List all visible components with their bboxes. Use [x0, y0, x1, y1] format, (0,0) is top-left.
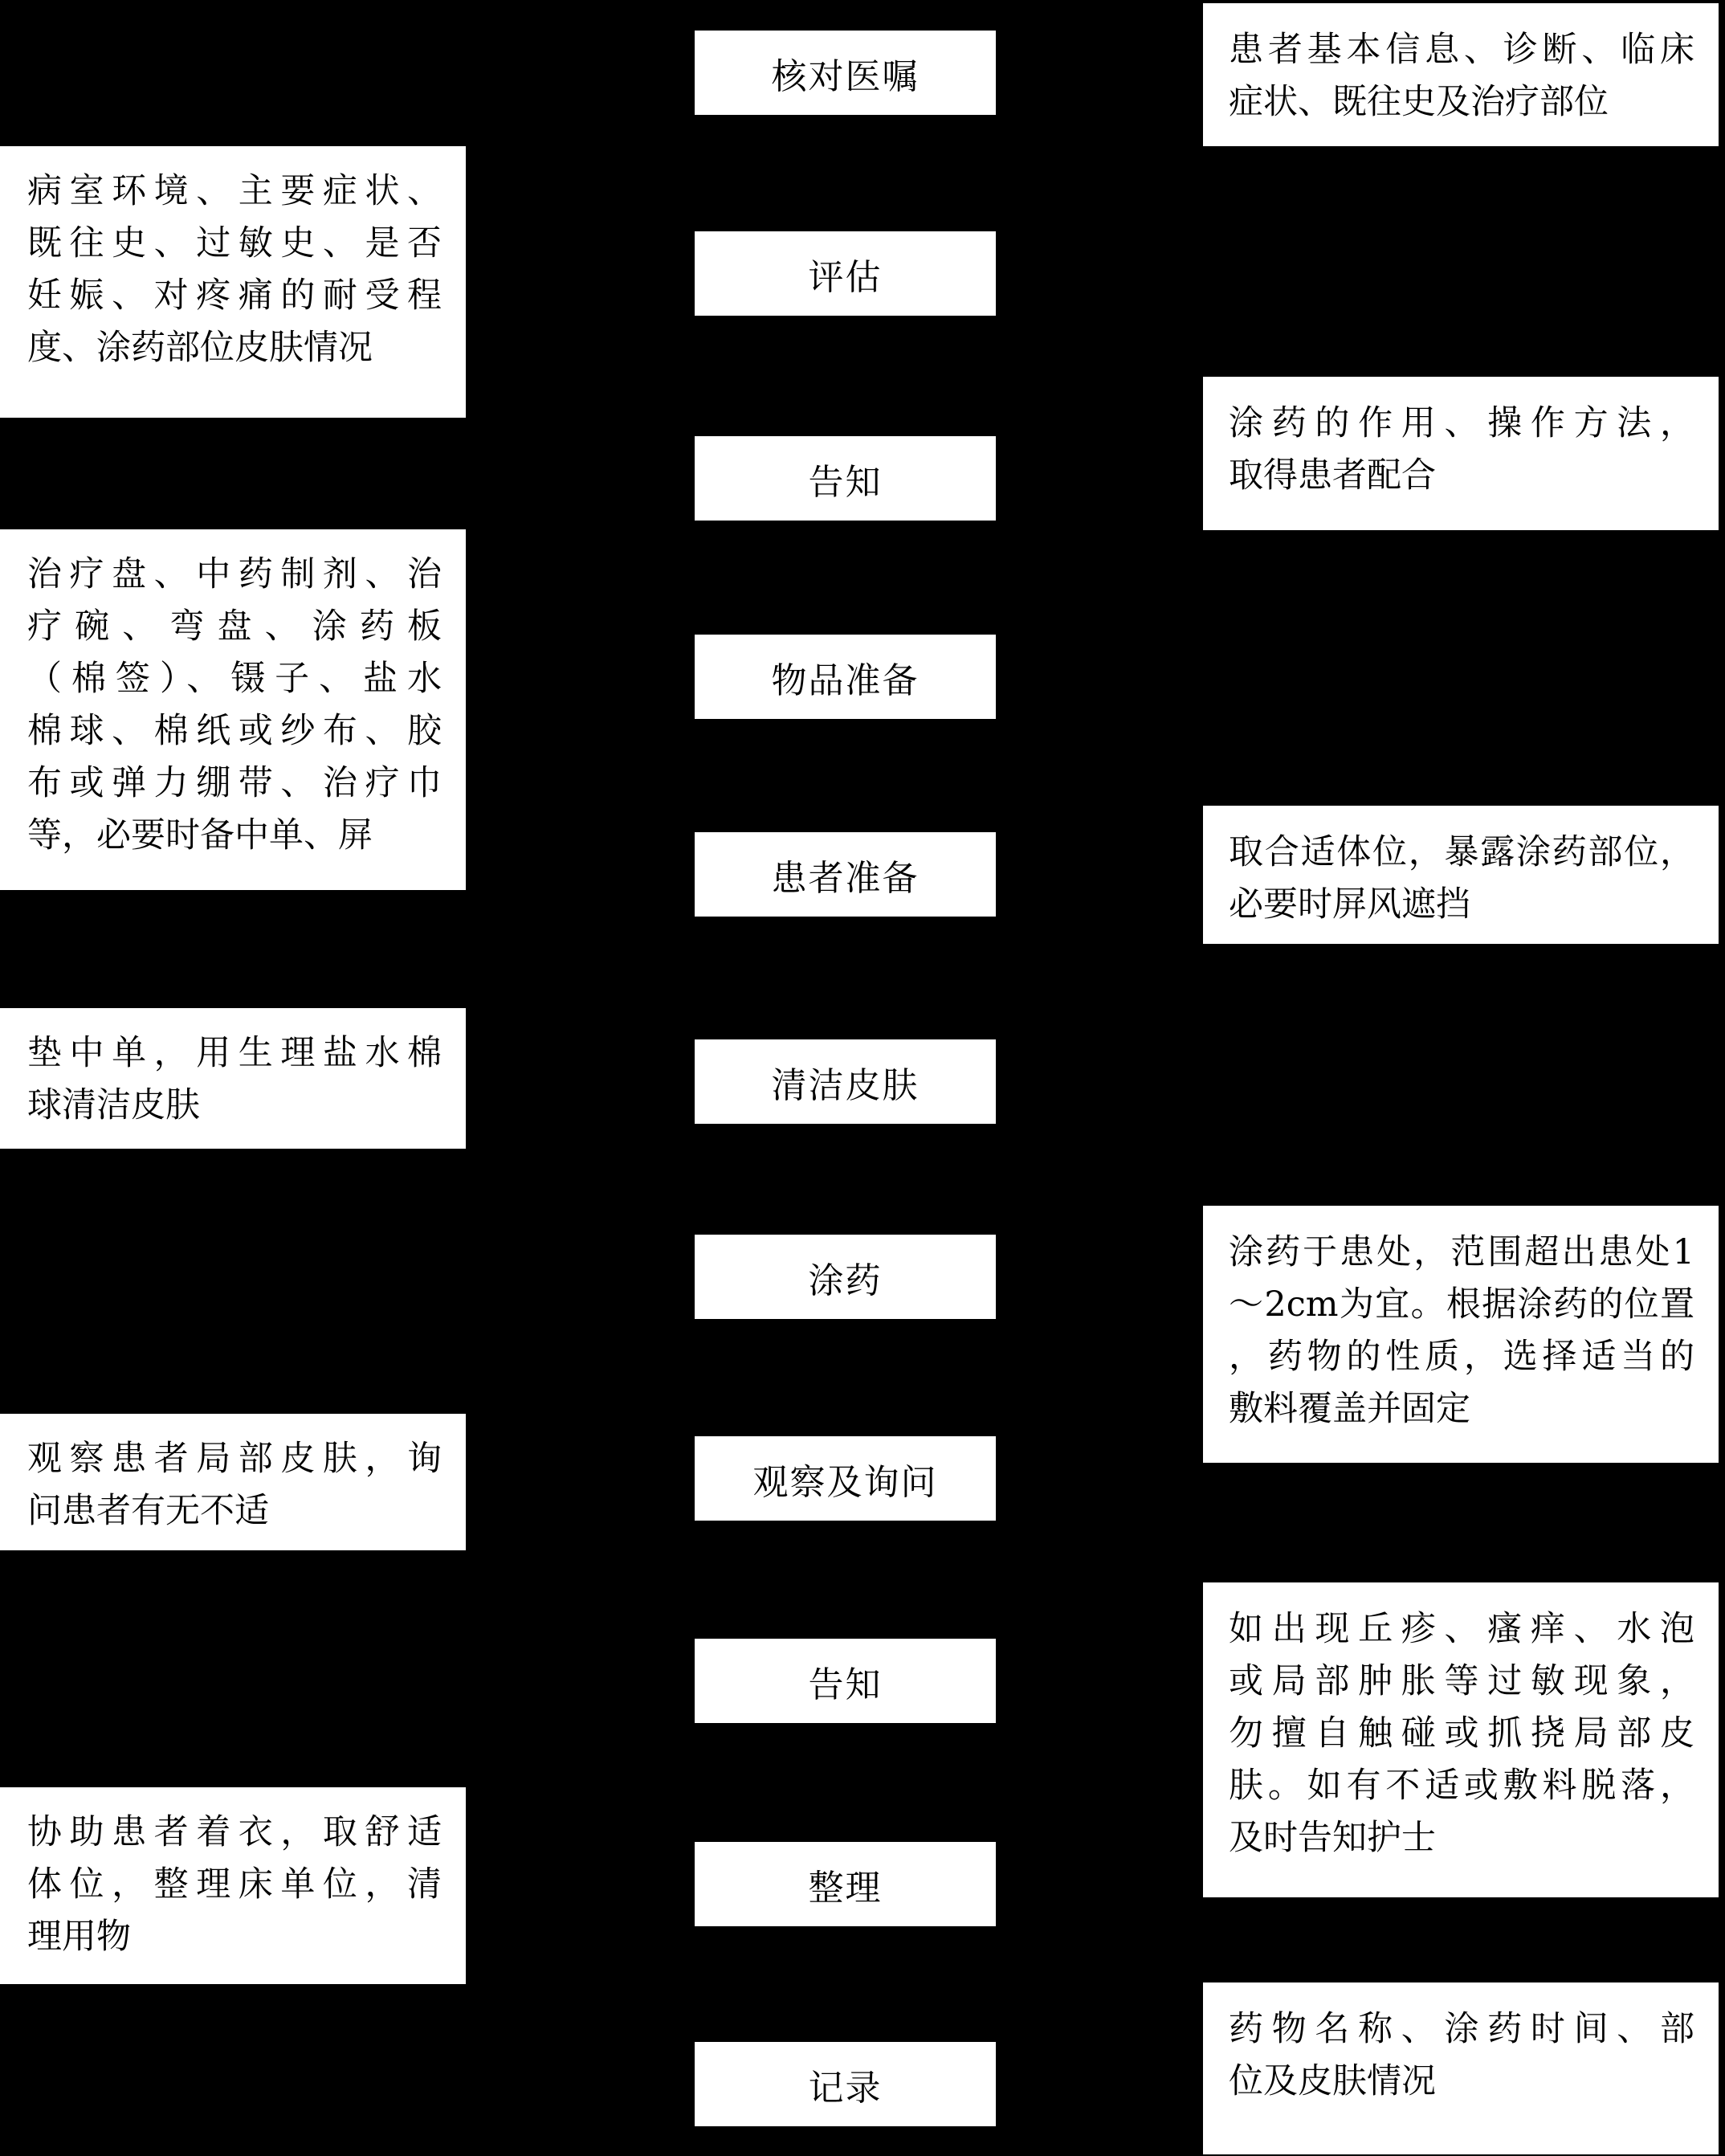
note-line: 观察患者局部皮肤，询	[27, 1433, 442, 1485]
step-prepare-patient: 患者准备	[695, 832, 996, 917]
note-line: 治疗盘、中药制剂、治	[27, 549, 442, 601]
step-clean-skin: 清洁皮肤	[695, 1039, 996, 1124]
note-line: 体位，整理床单位，清	[27, 1859, 442, 1911]
note-line: ，药物的性质，选择适当的	[1229, 1331, 1694, 1383]
note-line: 及时告知护士	[1229, 1812, 1694, 1864]
note-line: 肤。如有不适或敷料脱落，	[1229, 1760, 1694, 1812]
step-apply-medication: 涂药	[695, 1235, 996, 1319]
note-inform-purpose: 涂药的作用、操作方法，取得患者配合	[1203, 377, 1719, 530]
step-assess: 评估	[695, 231, 996, 316]
note-line: （棉签）、镊子、盐水	[27, 653, 442, 705]
note-line: 妊娠、对疼痛的耐受程	[27, 270, 442, 322]
note-patient-position: 取合适体位，暴露涂药部位，必要时屏风遮挡	[1203, 806, 1719, 944]
step-check-orders: 核对医嘱	[695, 31, 996, 115]
note-line: 问患者有无不适	[27, 1485, 442, 1537]
note-assessment-details: 病室环境、主要症状、既往史、过敏史、是否妊娠、对疼痛的耐受程度、涂药部位皮肤情况	[0, 146, 466, 418]
note-line: 既往史、过敏史、是否	[27, 218, 442, 270]
note-allergy-warning: 如出现丘疹、瘙痒、水泡或局部肿胀等过敏现象，勿擅自触碰或抓挠局部皮肤。如有不适或…	[1203, 1582, 1719, 1897]
note-line: 涂药于患处，范围超出患处1	[1229, 1227, 1694, 1279]
note-line: 敷料覆盖并固定	[1229, 1383, 1694, 1435]
note-line: 病室环境、主要症状、	[27, 165, 442, 218]
note-line: 症状、既往史及治疗部位	[1229, 76, 1694, 129]
note-line: 药物名称、涂药时间、部	[1229, 2003, 1694, 2056]
note-record-items: 药物名称、涂药时间、部位及皮肤情况	[1203, 1982, 1719, 2154]
note-verify-patient-info: 患者基本信息、诊断、临床症状、既往史及治疗部位	[1203, 3, 1719, 146]
note-observe-detail: 观察患者局部皮肤，询问患者有无不适	[0, 1414, 466, 1550]
note-line: 棉球、棉纸或纱布、胶	[27, 705, 442, 757]
note-line: 疗碗、弯盘、涂药板	[27, 601, 442, 653]
note-application-detail: 涂药于患处，范围超出患处1～2cm为宜。根据涂药的位置，药物的性质，选择适当的敷…	[1203, 1206, 1719, 1463]
flowchart-canvas: 核对医嘱 评估 告知 物品准备 患者准备 清洁皮肤 涂药 观察及询问 告知 整理…	[0, 0, 1725, 2156]
step-inform-2: 告知	[695, 1639, 996, 1723]
note-supplies-list: 治疗盘、中药制剂、治疗碗、弯盘、涂药板（棉签）、镊子、盐水棉球、棉纸或纱布、胶布…	[0, 529, 466, 890]
note-line: 位及皮肤情况	[1229, 2056, 1694, 2108]
note-line: 理用物	[27, 1911, 442, 1963]
note-line: 协助患者着衣，取舒适	[27, 1807, 442, 1859]
note-line: 垫中单，用生理盐水棉	[27, 1027, 442, 1080]
step-prepare-items: 物品准备	[695, 635, 996, 719]
note-line: 勿擅自触碰或抓挠局部皮	[1229, 1708, 1694, 1760]
note-line: 度、涂药部位皮肤情况	[27, 322, 442, 374]
note-line: 取得患者配合	[1229, 450, 1694, 502]
note-tidy-detail: 协助患者着衣，取舒适体位，整理床单位，清理用物	[0, 1787, 466, 1984]
note-line: 取合适体位，暴露涂药部位，	[1229, 827, 1694, 879]
step-record: 记录	[695, 2042, 996, 2126]
note-clean-skin-detail: 垫中单，用生理盐水棉球清洁皮肤	[0, 1008, 466, 1149]
step-tidy-up: 整理	[695, 1842, 996, 1926]
note-line: 布或弹力绷带、治疗巾	[27, 757, 442, 810]
note-line: ～2cm为宜。根据涂药的位置	[1229, 1279, 1694, 1331]
step-inform: 告知	[695, 436, 996, 521]
note-line: 球清洁皮肤	[27, 1080, 442, 1132]
note-line: 等，必要时备中单、屏	[27, 810, 442, 862]
note-line: 或局部肿胀等过敏现象，	[1229, 1656, 1694, 1708]
note-line: 必要时屏风遮挡	[1229, 879, 1694, 931]
note-line: 患者基本信息、诊断、临床	[1229, 24, 1694, 76]
step-observe-and-ask: 观察及询问	[695, 1436, 996, 1521]
note-line: 涂药的作用、操作方法，	[1229, 398, 1694, 450]
note-line: 如出现丘疹、瘙痒、水泡	[1229, 1603, 1694, 1656]
